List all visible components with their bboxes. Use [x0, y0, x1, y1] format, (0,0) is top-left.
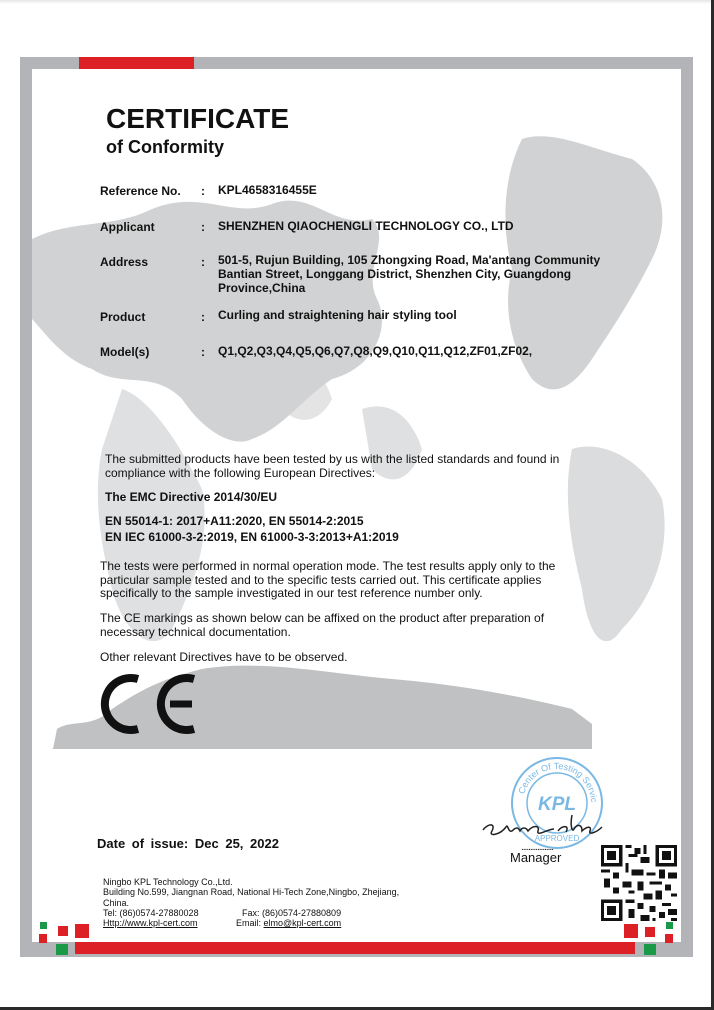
applicant-value: SHENZHEN QIAOCHENGLI TECHNOLOGY CO., LTD — [218, 219, 618, 233]
issuer-tel: Tel: (86)0574-27880028 — [103, 908, 199, 919]
decor-square — [39, 934, 47, 943]
certificate-title: CERTIFICATE — [106, 103, 289, 135]
issuer-address-line-1: Building No.599, Jiangnan Road, National… — [103, 887, 399, 898]
decor-square — [645, 927, 655, 937]
compliance-intro: The submitted products have been tested … — [105, 453, 570, 480]
date-of-issue: Date of issue: Dec 25, 2022 — [97, 836, 279, 851]
models-label: Model(s) — [100, 345, 149, 359]
decor-square — [665, 934, 673, 943]
decor-square — [58, 926, 68, 936]
date-value: Dec 25, 2022 — [195, 836, 279, 851]
decor-square — [666, 922, 673, 929]
decor-square — [75, 924, 89, 938]
decor-square — [624, 924, 638, 938]
decor-square — [40, 922, 47, 929]
emc-directive: The EMC Directive 2014/30/EU — [105, 491, 277, 505]
issuer-company: Ningbo KPL Technology Co.,Ltd. — [103, 877, 233, 888]
red-accent-bar-bottom — [75, 942, 635, 954]
product-label: Product — [100, 310, 145, 324]
signature — [478, 805, 608, 845]
applicant-label: Applicant — [100, 220, 155, 234]
models-colon: : — [201, 345, 205, 359]
issuer-email-link[interactable]: elmo@kpl-cert.com — [264, 918, 342, 928]
models-value: Q1,Q2,Q3,Q4,Q5,Q6,Q7,Q8,Q9,Q10,Q11,Q12,Z… — [218, 344, 638, 358]
certificate-subtitle: of Conformity — [106, 137, 224, 158]
issuer-website-link[interactable]: Http://www.kpl-cert.com — [103, 918, 198, 929]
standards-line-1: EN 55014-1: 2017+A11:2020, EN 55014-2:20… — [105, 515, 364, 529]
issuer-address-line-2: China. — [103, 898, 129, 909]
issuer-email: Email: elmo@kpl-cert.com — [236, 918, 341, 929]
address-colon: : — [201, 255, 205, 269]
product-value: Curling and straightening hair styling t… — [218, 308, 618, 322]
product-colon: : — [201, 310, 205, 324]
other-directives-paragraph: Other relevant Directives have to be obs… — [100, 651, 347, 665]
decor-square — [644, 944, 656, 955]
reference-colon: : — [201, 184, 205, 198]
standards-line-2: EN IEC 61000-3-2:2019, EN 61000-3-3:2013… — [105, 531, 399, 545]
applicant-colon: : — [201, 220, 205, 234]
decor-square — [56, 944, 68, 955]
ce-paragraph: The CE markings as shown below can be af… — [100, 612, 570, 639]
tests-paragraph: The tests were performed in normal opera… — [100, 560, 570, 601]
address-value: 501-5, Rujun Building, 105 Zhongxing Roa… — [218, 253, 608, 295]
issuer-fax: Fax: (86)0574-27880809 — [242, 908, 341, 919]
page-top-shadow — [0, 0, 714, 4]
ce-mark-icon — [100, 673, 200, 735]
qr-code[interactable] — [601, 845, 677, 921]
red-accent-bar-top — [79, 57, 194, 69]
reference-value: KPL4658316455E — [218, 183, 618, 197]
date-label: Date of issue: — [97, 836, 188, 851]
email-label: Email: — [236, 918, 261, 928]
reference-label: Reference No. — [100, 184, 181, 198]
address-label: Address — [100, 255, 148, 269]
signer-title: Manager — [510, 850, 561, 865]
